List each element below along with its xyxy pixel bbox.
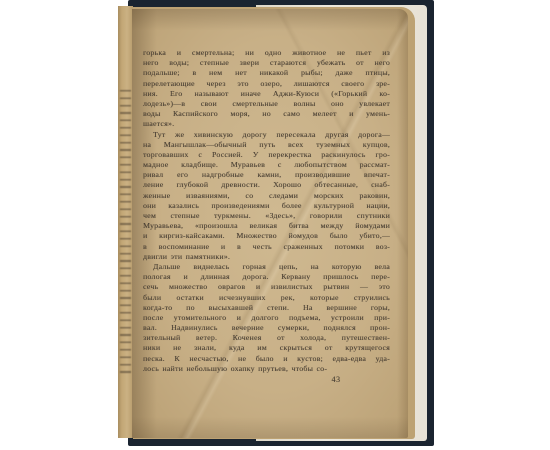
text-line: Дальше виднелась горная цепь, на которую… — [143, 262, 390, 272]
text-line: ривал его надгробные камни, производивши… — [143, 170, 390, 180]
text-line: после утомительного и долгого подъема, у… — [143, 313, 390, 323]
text-line: на Мангышлак—обычный путь всех туземных … — [143, 140, 390, 150]
text-line: в воспоминание и в честь сраженных потом… — [143, 242, 390, 252]
text-line: чем степные туркмены. «Здесь», говорили … — [143, 211, 390, 221]
text-line: перелетающие через это озеро, лишаются с… — [143, 79, 390, 89]
text-line: мадное кладбище. Муравьев с любопытством… — [143, 160, 390, 170]
text-line: пологая и длинная дорога. Кервану пришло… — [143, 272, 390, 282]
text-line: шается». — [143, 119, 390, 129]
text-line: сечь множество оврагов и извилистых рытв… — [143, 282, 390, 292]
text-line: и киргиз-кайсаками. Множество йомудов бы… — [143, 231, 390, 241]
screenshot-root: { "page": { "number": "43", "lines": [ {… — [0, 0, 550, 450]
text-line: ния. Его называют иначе Аджи-Куюси («Гор… — [143, 89, 390, 99]
text-line: вал. Надвинулись вечерние сумерки, подня… — [143, 323, 390, 333]
text-line: лось найти небольшую охапку прутьев, что… — [143, 364, 390, 374]
text-line: женные изваяниями, со следами морских ра… — [143, 191, 390, 201]
text-line: воды Каспийского моря, но само мелеет и … — [143, 109, 390, 119]
text-line: ники не знали, куда им скрыться от крутя… — [143, 343, 390, 353]
text-line: двигли эти памятники». — [143, 252, 390, 262]
text-line: ление глубокой древности. Хорошо обтесан… — [143, 180, 390, 190]
text-line: песка. К несчастью, не было и кустов; ед… — [143, 354, 390, 364]
text-line: подальше; в нем нет никакой рыбы; даже п… — [143, 68, 390, 78]
text-line: горька и смертельна; ни одно животное не… — [143, 48, 390, 58]
text-line: лодезь»)—в свои смертельные волны оно ув… — [143, 99, 390, 109]
text-line: когда-то по высыхавшей степи. На вершине… — [143, 303, 390, 313]
left-page-edge — [118, 6, 133, 438]
book-photo: горька и смертельна; ни одно животное не… — [118, 0, 434, 446]
text-line: Муравьева, «произошла великая битва межд… — [143, 221, 390, 231]
text-line: они казались произведениями более культу… — [143, 201, 390, 211]
text-line: него воды; степные звери стараются убежа… — [143, 58, 390, 68]
text-line: Тут же хивинскую дорогу пересекала друга… — [143, 130, 390, 140]
text-line: торговавших с Россией. У перекрестка рас… — [143, 150, 390, 160]
text-line: зительный ветер. Коченея от холода, путе… — [143, 333, 390, 343]
page-number: 43 — [325, 375, 347, 384]
page-text: горька и смертельна; ни одно животное не… — [143, 48, 390, 374]
book-page: горька и смертельна; ни одно животное не… — [132, 9, 408, 438]
text-line: были остатки исчезнувших рек, которые ст… — [143, 293, 390, 303]
